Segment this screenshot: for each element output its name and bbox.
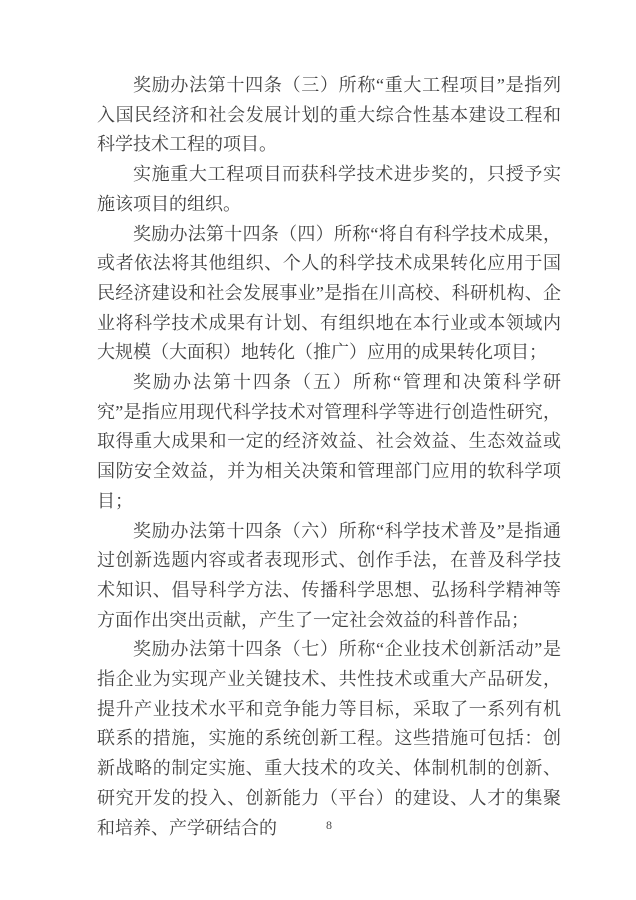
paragraph: 奖励办法第十四条（五）所称“管理和决策科学研究”是指应用现代科学技术对管理科学等… [97, 368, 561, 517]
paragraph: 奖励办法第十四条（七）所称“企业技术创新活动”是指企业为实现产业关键技术、共性技… [97, 635, 561, 843]
paragraph: 奖励办法第十四条（四）所称“将自有科学技术成果，或者依法将其他组织、个人的科学技… [97, 220, 561, 369]
paragraph: 奖励办法第十四条（六）所称“科学技术普及”是指通过创新选题内容或者表现形式、创作… [97, 517, 561, 636]
document-page: 奖励办法第十四条（三）所称“重大工程项目”是指列入国民经济和社会发展计划的重大综… [0, 0, 636, 900]
page-number: 8 [97, 818, 561, 833]
paragraph: 奖励办法第十四条（三）所称“重大工程项目”是指列入国民经济和社会发展计划的重大综… [97, 71, 561, 160]
paragraph: 实施重大工程项目而获科学技术进步奖的，只授予实施该项目的组织。 [97, 160, 561, 219]
document-body: 奖励办法第十四条（三）所称“重大工程项目”是指列入国民经济和社会发展计划的重大综… [97, 71, 561, 843]
